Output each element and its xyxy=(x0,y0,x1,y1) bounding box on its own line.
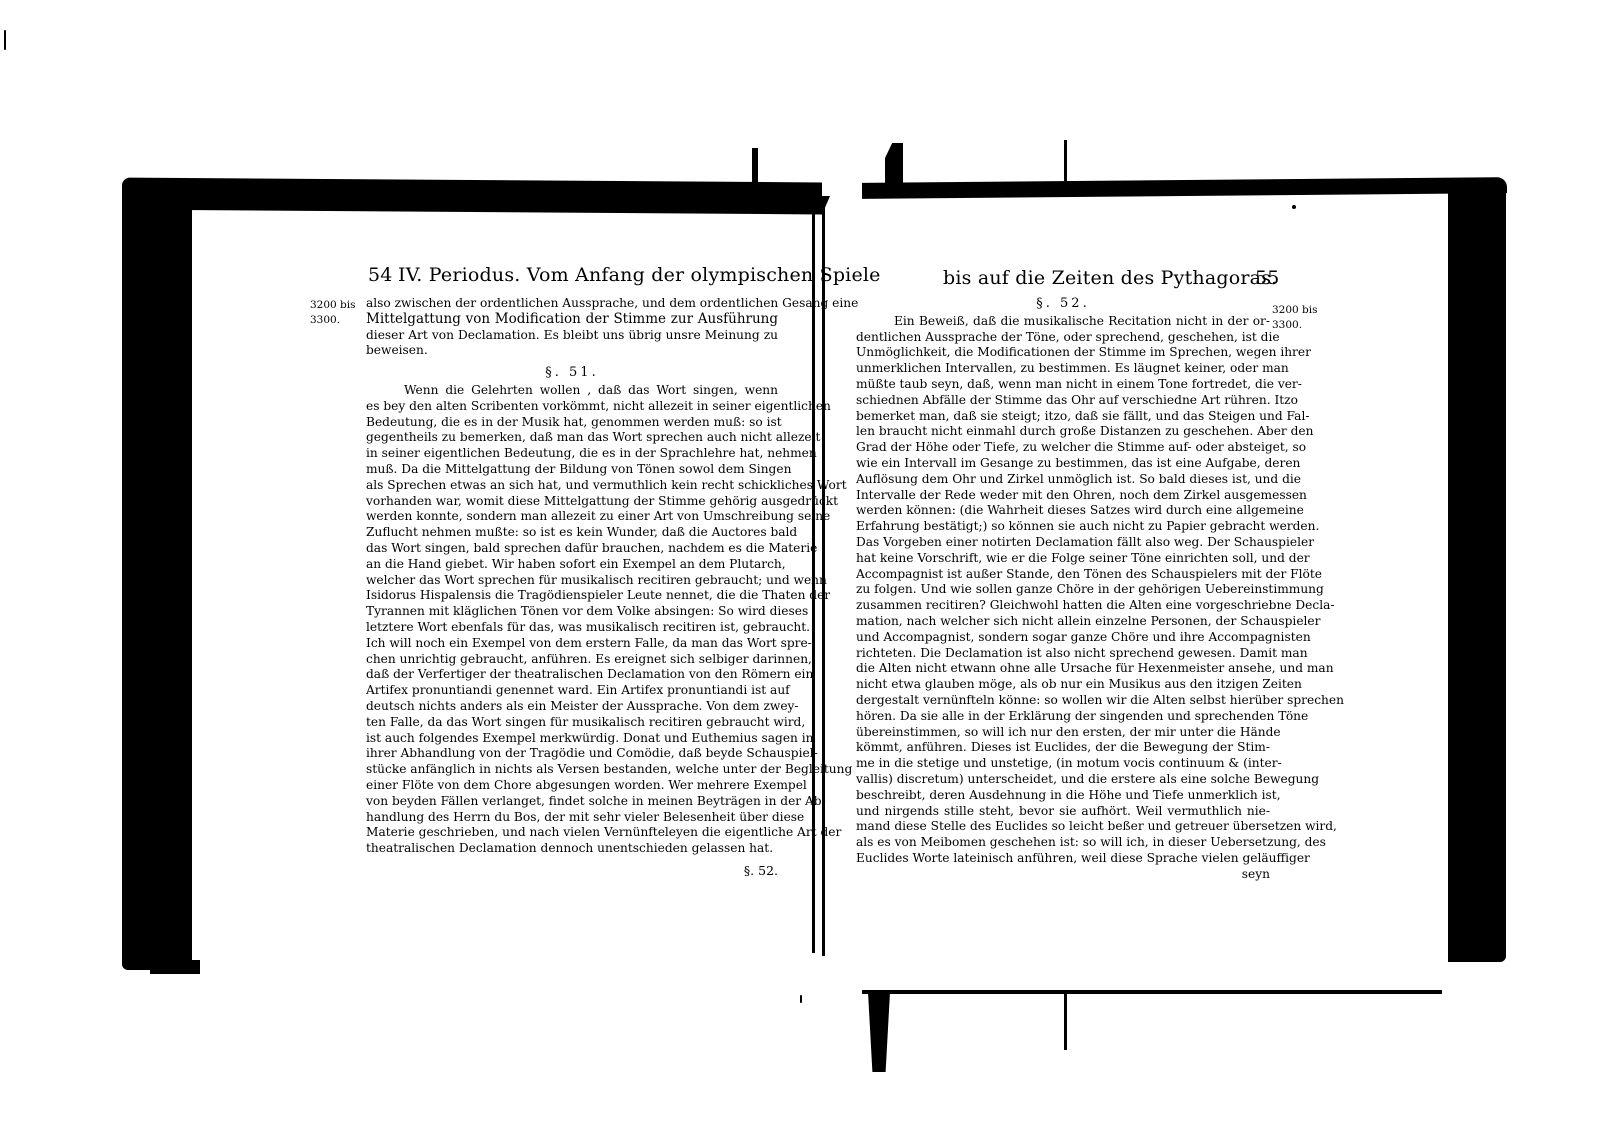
text-line: wie ein Intervall im Gesange zu bestimme… xyxy=(856,456,1270,472)
text-line: und nirgends stille steht, bevor sie auf… xyxy=(856,804,1270,820)
text-line: mation, nach welcher sich nicht allein e… xyxy=(856,614,1270,630)
text-line: ten Falle, da das Wort singen für musika… xyxy=(366,715,778,731)
text-line: übereinstimmen, so will ich nur den erst… xyxy=(856,725,1270,741)
running-head-title: IV. Periodus. Vom Anfang der olympischen… xyxy=(398,268,881,284)
bottom-binding-stub-mid xyxy=(1064,992,1067,1050)
text-line: die Alten nicht etwann ohne alle Ursache… xyxy=(856,661,1270,677)
text-line: ist auch folgendes Exempel merkwürdig. D… xyxy=(366,731,778,747)
text-line: letztere Wort ebenfals für das, was musi… xyxy=(366,620,778,636)
text-line: ihrer Abhandlung von der Tragödie und Co… xyxy=(366,746,778,762)
text-line: vallis) discretum) unterscheidet, und di… xyxy=(856,772,1270,788)
text-line: es bey den alten Scribenten vorkömmt, ni… xyxy=(366,399,778,415)
text-line: Euclides Worte lateinisch anführen, weil… xyxy=(856,851,1270,867)
catchword: seyn xyxy=(856,867,1270,883)
section-heading: §. 51. xyxy=(366,365,778,381)
margin-note-years: 3200 bis 3300. xyxy=(1272,303,1318,333)
text-line: müßte taub seyn, daß, wenn man nicht in … xyxy=(856,377,1270,393)
text-line: Materie geschrieben, und nach vielen Ver… xyxy=(366,825,778,841)
text-line: als es von Meibomen geschehen ist: so wi… xyxy=(856,835,1270,851)
text-line: gegentheils zu bemerken, daß man das Wor… xyxy=(366,430,778,446)
text-line: bemerket man, daß sie steigt; itzo, daß … xyxy=(856,409,1270,425)
text-line: Tyrannen mit kläglichen Tönen vor dem Vo… xyxy=(366,604,778,620)
text-line: zu folgen. Und wie sollen ganze Chöre in… xyxy=(856,582,1270,598)
text-line: deutsch nichts anders als ein Meister de… xyxy=(366,699,778,715)
left-binding-side xyxy=(122,180,192,970)
text-line: Isidorus Hispalensis die Tragödienspiele… xyxy=(366,588,778,604)
text-line: richteten. Die Declamation ist also nich… xyxy=(856,646,1270,662)
text-line: theatralischen Declamation dennoch unent… xyxy=(366,841,778,857)
text-line: len braucht nicht einmahl durch große Di… xyxy=(856,424,1270,440)
text-line: stücke anfänglich in nichts als Versen b… xyxy=(366,762,778,778)
left-binding-foot xyxy=(150,960,200,974)
text-line: Bedeutung, die es in der Musik hat, geno… xyxy=(366,415,778,431)
text-line: nicht etwa glauben möge, als ob nur ein … xyxy=(856,677,1270,693)
right-binding-top xyxy=(862,177,1507,199)
bottom-binding-rule xyxy=(862,990,1442,994)
text-line: Accompagnist ist außer Stande, den Tönen… xyxy=(856,567,1270,583)
text-line: Intervalle der Rede weder mit den Ohren,… xyxy=(856,488,1270,504)
text-line: Ich will noch ein Exempel von dem erster… xyxy=(366,636,778,652)
text-line: werden konnte, sondern man allezeit zu e… xyxy=(366,509,778,525)
left-binding-top xyxy=(122,178,822,215)
page-number: 55 xyxy=(1255,271,1280,287)
text-line: Erfahrung bestätigt;) so können sie auch… xyxy=(856,519,1270,535)
text-line: Wenn die Gelehrten wollen , daß das Wort… xyxy=(366,383,778,399)
right-mid-mark xyxy=(1064,140,1067,185)
text-line: chen unrichtig gebraucht, anführen. Es e… xyxy=(366,652,778,668)
running-head-title: bis auf die Zeiten des Pythagoras. xyxy=(943,271,1277,287)
text-line: Grad der Höhe oder Tiefe, zu welcher die… xyxy=(856,440,1270,456)
text-line: dergestalt vernünfteln könne: so wollen … xyxy=(856,693,1270,709)
text-line: dentlichen Aussprache der Töne, oder spr… xyxy=(856,330,1270,346)
page-body: §. 52. Ein Beweiß, daß die musikalische … xyxy=(856,292,1270,882)
book-scan: 54 IV. Periodus. Vom Anfang der olympisc… xyxy=(0,0,1600,1121)
running-head-right: bis auf die Zeiten des Pythagoras. 55 xyxy=(840,268,1290,294)
left-page: 54 IV. Periodus. Vom Anfang der olympisc… xyxy=(300,268,800,294)
right-binding-side xyxy=(1448,182,1506,962)
text-line: Artifex pronuntiandi genennet ward. Ein … xyxy=(366,683,778,699)
text-line: dieser Art von Declamation. Es bleibt un… xyxy=(366,328,778,344)
right-page: bis auf die Zeiten des Pythagoras. 55 32… xyxy=(840,268,1290,294)
text-line: handlung des Herrn du Bos, der mit sehr … xyxy=(366,810,778,826)
text-line: hat keine Vorschrift, wie er die Folge s… xyxy=(856,551,1270,567)
text-line: Ein Beweiß, daß die musikalische Recitat… xyxy=(856,314,1270,330)
text-line: und Accompagnist, sondern sogar ganze Ch… xyxy=(856,630,1270,646)
text-line: in seiner eigentlichen Bedeutung, die es… xyxy=(366,446,778,462)
text-line: me in die stetige und unstetige, (in mot… xyxy=(856,756,1270,772)
text-line: an die Hand giebet. Wir haben sofort ein… xyxy=(366,557,778,573)
text-line: Zuflucht nehmen mußte: so ist es kein Wu… xyxy=(366,525,778,541)
ink-speck xyxy=(1292,205,1296,209)
text-line: zusammen recitiren? Gleichwohl hatten di… xyxy=(856,598,1270,614)
section-heading: §. 52. xyxy=(856,296,1270,312)
ink-speck xyxy=(4,30,6,50)
text-line: einer Flöte von dem Chore abgesungen wor… xyxy=(366,778,778,794)
text-line: beschreibt, deren Ausdehnung in die Höhe… xyxy=(856,788,1270,804)
text-line: welcher das Wort sprechen für musikalisc… xyxy=(366,573,778,589)
text-line: also zwischen der ordentlichen Aussprach… xyxy=(366,296,778,312)
text-line: hören. Da sie alle in der Erklärung der … xyxy=(856,709,1270,725)
text-line: schiednen Abfälle der Stimme das Ohr auf… xyxy=(856,393,1270,409)
text-line: muß. Da die Mittelgattung der Bildung vo… xyxy=(366,462,778,478)
text-line: das Wort singen, bald sprechen dafür bra… xyxy=(366,541,778,557)
text-line: als Sprechen etwas an sich hat, und verm… xyxy=(366,478,778,494)
text-line: Mittelgattung von Modification der Stimm… xyxy=(366,312,778,328)
text-line: vorhanden war, womit diese Mittelgattung… xyxy=(366,494,778,510)
text-line: Auflösung dem Ohr und Zirkel unmöglich i… xyxy=(856,472,1270,488)
page-body: also zwischen der ordentlichen Aussprach… xyxy=(366,296,778,879)
right-spine-mark xyxy=(885,143,903,193)
text-line: Unmöglichkeit, die Modificationen der St… xyxy=(856,345,1270,361)
left-spine-mark xyxy=(752,148,758,193)
catchword: §. 52. xyxy=(366,863,778,879)
margin-note-years: 3200 bis 3300. xyxy=(310,298,356,328)
text-line: beweisen. xyxy=(366,343,778,359)
ink-speck xyxy=(800,995,802,1003)
text-line: unmerklichen Intervallen, zu bestimmen. … xyxy=(856,361,1270,377)
text-line: Das Vorgeben einer notirten Declamation … xyxy=(856,535,1270,551)
text-line: mand diese Stelle des Euclides so leicht… xyxy=(856,819,1270,835)
bottom-binding-stub-left xyxy=(868,992,890,1072)
text-line: von beyden Fällen verlanget, findet solc… xyxy=(366,794,778,810)
text-line: werden können: (die Wahrheit dieses Satz… xyxy=(856,503,1270,519)
page-number: 54 xyxy=(368,268,393,284)
text-line: daß der Verfertiger der theatralischen D… xyxy=(366,667,778,683)
text-line: kömmt, anführen. Dieses ist Euclides, de… xyxy=(856,740,1270,756)
running-head-left: 54 IV. Periodus. Vom Anfang der olympisc… xyxy=(300,268,800,294)
